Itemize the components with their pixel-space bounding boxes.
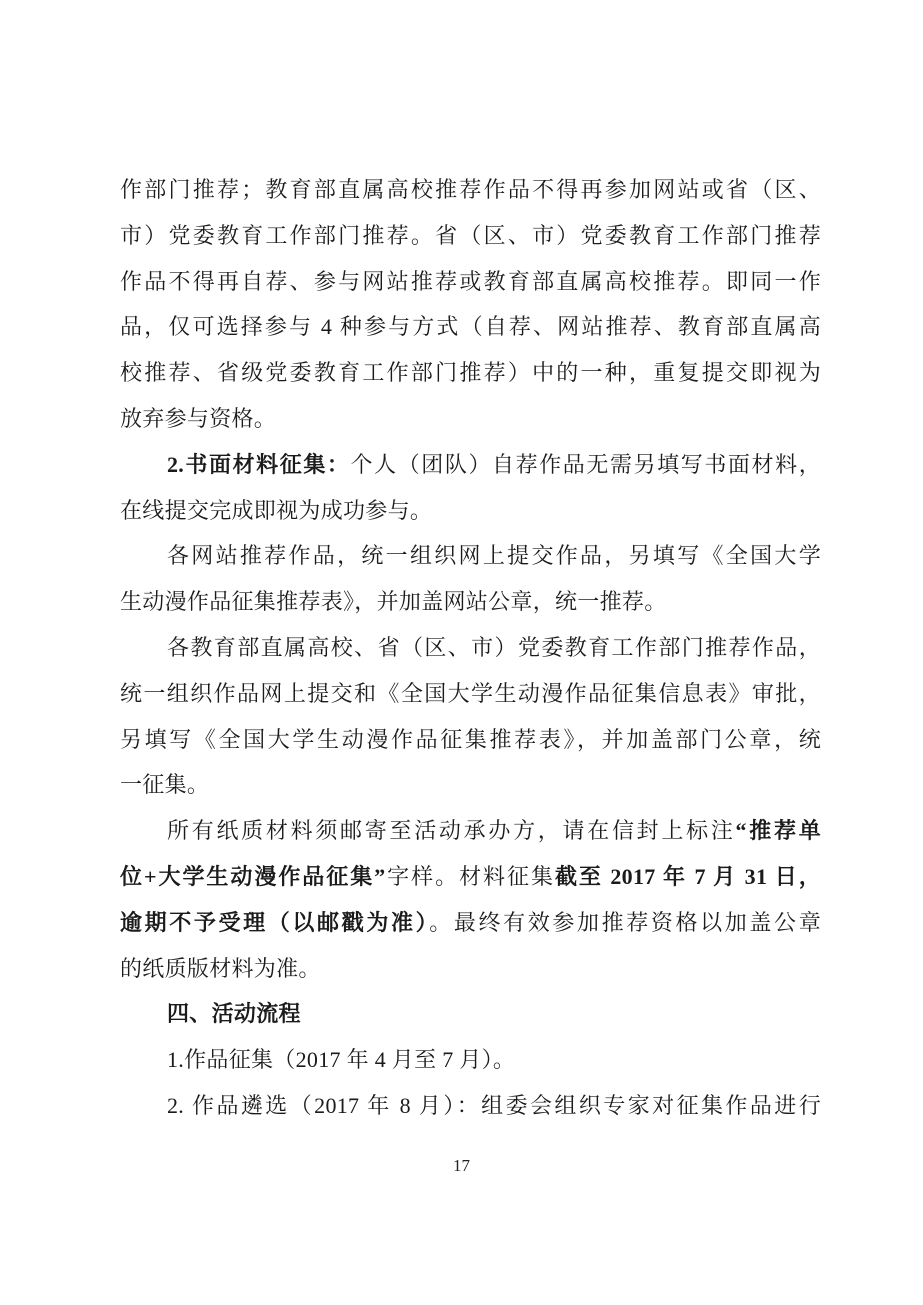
text-line: 逾期不予受理（以邮戳为准）。最终有效参加推荐资格以加盖公章 xyxy=(120,900,821,946)
text-segment: 截至 2017 年 7 月 31 日， xyxy=(555,864,821,889)
text-line: 四、活动流程 xyxy=(120,991,821,1037)
text-segment: 个人（团队）自荐作品无需另填写书面材料， xyxy=(351,452,821,477)
text-segment: 作品不得再自荐、参与网站推荐或教育部直属高校推荐。即同一作 xyxy=(120,269,821,294)
text-segment: 。最终有效参加推荐资格以加盖公章 xyxy=(429,910,821,935)
text-segment: 逾期不予受理（以邮戳为准） xyxy=(120,910,429,935)
text-segment: 市）党委教育工作部门推荐。省（区、市）党委教育工作部门推荐 xyxy=(120,223,821,248)
text-line: 位+大学生动漫作品征集”字样。材料征集截至 2017 年 7 月 31 日， xyxy=(120,854,821,900)
text-line: 一征集。 xyxy=(120,762,821,808)
text-segment: “推荐单 xyxy=(736,818,821,843)
text-segment: 另填写《全国大学生动漫作品征集推荐表》，并加盖部门公章，统 xyxy=(120,727,821,752)
text-segment: 生动漫作品征集推荐表》，并加盖网站公章，统一推荐。 xyxy=(120,589,667,614)
text-line: 另填写《全国大学生动漫作品征集推荐表》，并加盖部门公章，统 xyxy=(120,717,821,763)
text-segment: 在线提交完成即视为成功参与。 xyxy=(120,498,432,523)
text-line: 作部门推荐；教育部直属高校推荐作品不得再参加网站或省（区、 xyxy=(120,167,821,213)
text-line: 各教育部直属高校、省（区、市）党委教育工作部门推荐作品， xyxy=(120,625,821,671)
document-page: 作部门推荐；教育部直属高校推荐作品不得再参加网站或省（区、市）党委教育工作部门推… xyxy=(0,0,923,1305)
text-segment: 统一组织作品网上提交和《全国大学生动漫作品征集信息表》审批， xyxy=(120,681,821,706)
text-segment: 字样。材料征集 xyxy=(386,864,555,889)
text-line: 2.书面材料征集：个人（团队）自荐作品无需另填写书面材料， xyxy=(120,442,821,488)
text-line: 所有纸质材料须邮寄至活动承办方，请在信封上标注“推荐单 xyxy=(120,808,821,854)
text-segment: 各网站推荐作品，统一组织网上提交作品，另填写《全国大学 xyxy=(167,543,821,568)
text-line: 的纸质版材料为准。 xyxy=(120,946,821,992)
text-segment: 位+大学生动漫作品征集” xyxy=(120,864,386,889)
text-segment: 作部门推荐；教育部直属高校推荐作品不得再参加网站或省（区、 xyxy=(120,177,821,202)
text-segment: 的纸质版材料为准。 xyxy=(120,956,321,981)
text-segment: 1.作品征集（2017 年 4 月至 7 月）。 xyxy=(167,1047,515,1072)
text-line: 统一组织作品网上提交和《全国大学生动漫作品征集信息表》审批， xyxy=(120,671,821,717)
text-segment: 一征集。 xyxy=(120,772,209,797)
text-segment: 校推荐、省级党委教育工作部门推荐）中的一种，重复提交即视为 xyxy=(120,360,821,385)
text-line: 校推荐、省级党委教育工作部门推荐）中的一种，重复提交即视为 xyxy=(120,350,821,396)
text-segment: 2. 作品遴选（2017 年 8 月）：组委会组织专家对征集作品进行 xyxy=(167,1093,821,1118)
text-line: 作品不得再自荐、参与网站推荐或教育部直属高校推荐。即同一作 xyxy=(120,259,821,305)
text-line: 各网站推荐作品，统一组织网上提交作品，另填写《全国大学 xyxy=(120,533,821,579)
text-segment: 品，仅可选择参与 4 种参与方式（自荐、网站推荐、教育部直属高 xyxy=(120,314,821,339)
page-body: 作部门推荐；教育部直属高校推荐作品不得再参加网站或省（区、市）党委教育工作部门推… xyxy=(120,167,821,1129)
text-segment: 放弃参与资格。 xyxy=(120,406,276,431)
text-line: 生动漫作品征集推荐表》，并加盖网站公章，统一推荐。 xyxy=(120,579,821,625)
text-line: 2. 作品遴选（2017 年 8 月）：组委会组织专家对征集作品进行 xyxy=(120,1083,821,1129)
text-segment: 各教育部直属高校、省（区、市）党委教育工作部门推荐作品， xyxy=(167,635,821,660)
text-segment: 2.书面材料征集： xyxy=(167,452,351,477)
text-line: 1.作品征集（2017 年 4 月至 7 月）。 xyxy=(120,1037,821,1083)
text-line: 市）党委教育工作部门推荐。省（区、市）党委教育工作部门推荐 xyxy=(120,213,821,259)
text-line: 在线提交完成即视为成功参与。 xyxy=(120,488,821,534)
text-line: 品，仅可选择参与 4 种参与方式（自荐、网站推荐、教育部直属高 xyxy=(120,304,821,350)
page-number: 17 xyxy=(0,1155,923,1177)
text-segment: 所有纸质材料须邮寄至活动承办方，请在信封上标注 xyxy=(167,818,736,843)
text-line: 放弃参与资格。 xyxy=(120,396,821,442)
text-segment: 四、活动流程 xyxy=(167,1001,301,1026)
